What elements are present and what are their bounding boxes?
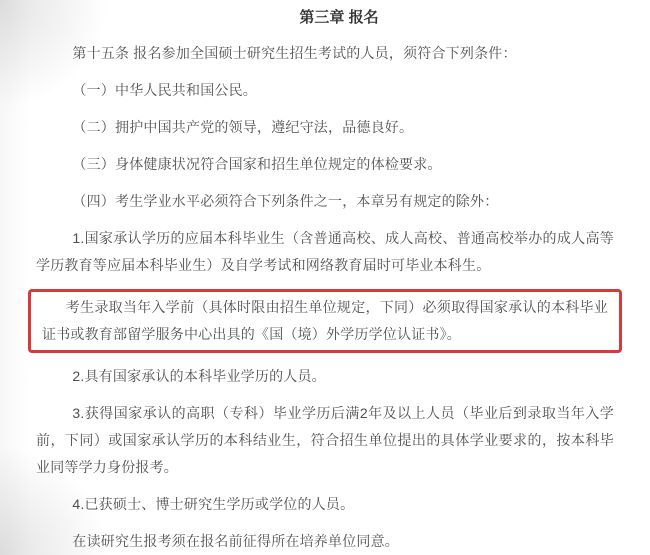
item-4-academic-level: （四）考生学业水平必须符合下列条件之一，本章另有规定的除外： [36,188,614,215]
clause-2-bachelor-degree-holders: 2.具有国家承认的本科毕业学历的人员。 [36,363,614,390]
item-3-health-requirement: （三）身体健康状况符合国家和招生单位规定的体检要求。 [36,151,614,178]
red-highlight-box: 考生录取当年入学前（具体时限由招生单位规定，下同）必须取得国家承认的本科毕业证书… [28,289,622,353]
item-1-citizenship: （一）中华人民共和国公民。 [36,77,614,104]
item-2-political-conduct: （二）拥护中国共产党的领导，遵纪守法，品德良好。 [36,114,614,141]
chapter-title: 第三章 报名 [50,8,628,28]
highlighted-clause-certificate-requirement: 考生录取当年入学前（具体时限由招生单位规定，下同）必须取得国家承认的本科毕业证书… [42,294,608,348]
clause-1-fresh-graduates: 1.国家承认学历的应届本科毕业生（含普通高校、成人高校、普通高校举办的成人高等学… [36,225,614,279]
clause-4-master-doctor-holders: 4.已获硕士、博士研究生学历或学位的人员。 [36,491,614,518]
para-current-graduate-students: 在读研究生报考须在报名前征得所在培养单位同意。 [36,528,614,555]
document-page: 第三章 报名 第十五条 报名参加全国硕士研究生招生考试的人员，须符合下列条件： … [0,8,650,555]
para-article-15: 第十五条 报名参加全国硕士研究生招生考试的人员，须符合下列条件： [36,40,614,67]
clause-3-junior-college-equivalent: 3.获得国家承认的高职（专科）毕业学历后满2年及以上人员（毕业后到录取当年入学前… [36,400,614,481]
